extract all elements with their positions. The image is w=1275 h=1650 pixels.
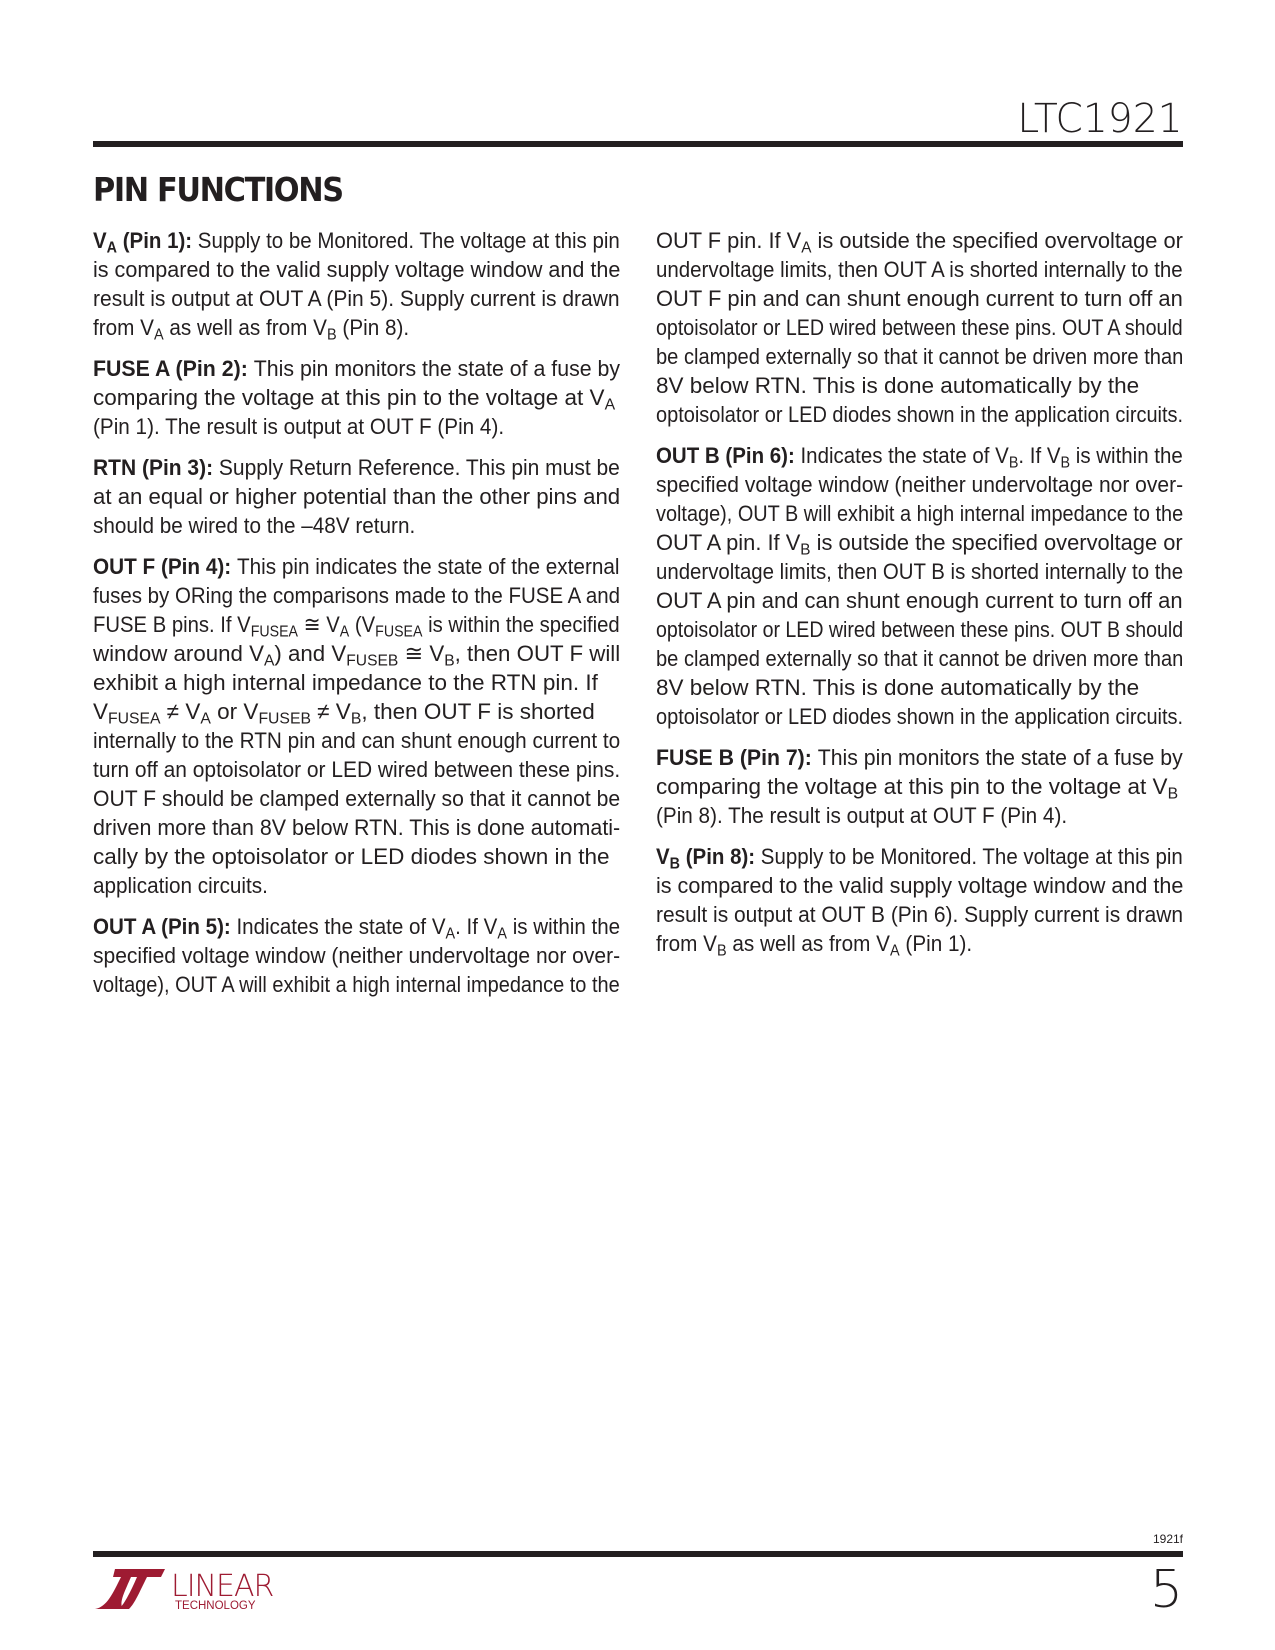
text: undervoltage limits, then OUT A is short… [656, 257, 1183, 282]
text-line: optoisolator or LED wired between these … [656, 313, 1116, 342]
text: from V [93, 315, 154, 340]
text-line: FUSE A (Pin 2): This pin monitors the st… [93, 354, 593, 383]
pin-description-rtn-pin3: RTN (Pin 3): Supply Return Reference. Th… [93, 453, 620, 540]
text: (V [349, 612, 375, 637]
subscript: A [801, 239, 811, 256]
text-line: FUSE B (Pin 7): This pin monitors the st… [656, 743, 1154, 772]
text-line: (Pin 8). The result is output at OUT F (… [656, 801, 1141, 830]
text: This pin monitors the state of a fuse by [254, 356, 620, 381]
text-line: specified voltage window (neither underv… [93, 941, 585, 970]
text: fuses by ORing the comparisons made to t… [93, 583, 620, 608]
text-line: 8V below RTN. This is done automatically… [656, 673, 1183, 702]
text: ) and V [274, 641, 346, 666]
subscript: B [327, 326, 337, 343]
text-line: VB (Pin 8): Supply to be Monitored. The … [656, 842, 1136, 871]
text: is within the [1070, 443, 1183, 468]
text: 8V below RTN. This is done automatically… [656, 675, 1139, 700]
text-line: optoisolator or LED diodes shown in the … [656, 400, 1124, 429]
text-line: voltage), OUT A will exhibit a high inte… [93, 970, 561, 999]
text: voltage), OUT A will exhibit a high inte… [93, 972, 620, 997]
text: from V [656, 931, 717, 956]
text: specified voltage window (neither underv… [93, 943, 620, 968]
section-title: PIN FUNCTIONS [93, 170, 343, 209]
text: as well as from V [164, 315, 327, 340]
text-line: comparing the voltage at this pin to the… [656, 772, 1183, 801]
text: optoisolator or LED wired between these … [656, 617, 1183, 642]
text: comparing the voltage at this pin to the… [93, 385, 605, 410]
pin-description-outa-pin5: OUT A (Pin 5): Indicates the state of VA… [93, 912, 620, 999]
pin-term: (Pin 1): [117, 228, 198, 253]
page-number: 5 [1150, 1560, 1183, 1620]
text: Indicates the state of V [800, 443, 1008, 468]
subscript: B [800, 541, 810, 558]
text-line: undervoltage limits, then OUT A is short… [656, 255, 1136, 284]
pin-description-va-pin1: VA (Pin 1): Supply to be Monitored. The … [93, 226, 620, 342]
subscript: A [446, 925, 456, 942]
text: is compared to the valid supply voltage … [93, 257, 620, 282]
document-code: 1921f [1153, 1532, 1183, 1546]
text: OUT A pin. If V [656, 530, 800, 555]
text-line: application circuits. [93, 871, 578, 900]
text-line: from VA as well as from VB (Pin 8). [93, 313, 578, 342]
subscript: B [1168, 785, 1179, 802]
text-line: FUSE B pins. If VFUSEA ≅ VA (VFUSEA is w… [93, 610, 568, 639]
text-line: OUT F should be clamped externally so th… [93, 784, 588, 813]
text: optoisolator or LED diodes shown in the … [656, 704, 1183, 729]
text-line: is compared to the valid supply voltage … [93, 255, 598, 284]
pin-description-outb-pin6: OUT B (Pin 6): Indicates the state of VB… [656, 441, 1183, 731]
text: Supply to be Monitored. The voltage at t… [198, 228, 620, 253]
subscript: FUSEA [108, 710, 161, 727]
linear-technology-logo-icon: LINEAR TECHNOLOGY [93, 1563, 273, 1619]
text: turn off an optoisolator or LED wired be… [93, 757, 620, 782]
text: optoisolator or LED wired between these … [656, 315, 1183, 340]
pin-term: OUT A (Pin 5): [93, 914, 236, 939]
text: 8V below RTN. This is done automatically… [656, 373, 1139, 398]
text: is within the specified [422, 612, 619, 637]
pin-term: FUSE B (Pin 7): [656, 745, 818, 770]
subscript: B [717, 942, 727, 959]
text-line: VFUSEA ≠ VA or VFUSEB ≠ VB, then OUT F i… [93, 697, 620, 726]
subscript: B [444, 652, 454, 669]
text: as well as from V [727, 931, 890, 956]
footer-rule [93, 1551, 1183, 1557]
text-line: OUT F pin and can shunt enough current t… [656, 284, 1169, 313]
text-line: window around VA) and VFUSEB ≅ VB, then … [93, 639, 615, 668]
text: cally by the optoisolator or LED diodes … [93, 844, 610, 869]
subscript: B [1061, 454, 1071, 471]
text-line: optoisolator or LED diodes shown in the … [656, 702, 1124, 731]
pin-description-outa-pin5-cont: OUT F pin. If VA is outside the specifie… [656, 226, 1183, 429]
text: OUT F pin and can shunt enough current t… [656, 286, 1183, 311]
subscript: A [497, 925, 507, 942]
text: internally to the RTN pin and can shunt … [93, 728, 620, 753]
text-line: RTN (Pin 3): Supply Return Reference. Th… [93, 453, 585, 482]
text-line: from VB as well as from VA (Pin 1). [656, 929, 1141, 958]
left-column: VA (Pin 1): Supply to be Monitored. The … [93, 226, 620, 1011]
text-line: fuses by ORing the comparisons made to t… [93, 581, 573, 610]
text: (Pin 1). The result is output at OUT F (… [93, 414, 504, 439]
subscript: B [351, 710, 362, 727]
pin-term: (Pin 8): [680, 844, 761, 869]
subscript: A [605, 396, 616, 413]
pin-description-vb-pin8: VB (Pin 8): Supply to be Monitored. The … [656, 842, 1183, 958]
subscript: A [264, 652, 274, 669]
text: (Pin 1). [900, 931, 972, 956]
text-line: voltage), OUT B will exhibit a high inte… [656, 499, 1122, 528]
pin-term: OUT F (Pin 4): [93, 554, 237, 579]
text-line: VA (Pin 1): Supply to be Monitored. The … [93, 226, 573, 255]
text-line: be clamped externally so that it cannot … [656, 644, 1127, 673]
text: . If V [455, 914, 497, 939]
text: This pin indicates the state of the exte… [237, 554, 620, 579]
text: ≅ V [398, 641, 444, 666]
text: is outside the specified overvoltage or [811, 530, 1183, 555]
text: ≠ V [311, 699, 351, 724]
subscript: A [154, 326, 164, 343]
text: be clamped externally so that it cannot … [656, 344, 1183, 369]
text: is within the [507, 914, 620, 939]
text-line: optoisolator or LED wired between these … [656, 615, 1114, 644]
text-line: turn off an optoisolator or LED wired be… [93, 755, 584, 784]
text-line: exhibit a high internal impedance to the… [93, 668, 620, 697]
text-line: (Pin 1). The result is output at OUT F (… [93, 412, 578, 441]
text-line: comparing the voltage at this pin to the… [93, 383, 620, 412]
text-line: undervoltage limits, then OUT B is short… [656, 557, 1134, 586]
text: , then OUT F will [455, 641, 621, 666]
pin-term: V [93, 228, 107, 253]
pin-term-subscript: A [107, 239, 117, 256]
text-line: OUT B (Pin 6): Indicates the state of VB… [656, 441, 1136, 470]
header-rule [93, 141, 1183, 147]
text: driven more than 8V below RTN. This is d… [93, 815, 620, 840]
subscript: FUSEA [375, 623, 422, 640]
text: exhibit a high internal impedance to the… [93, 670, 598, 695]
text: (Pin 8). [337, 315, 409, 340]
part-number: LTC1921 [1018, 96, 1183, 142]
subscript: B [1009, 454, 1019, 471]
text: is compared to the valid supply voltage … [656, 873, 1183, 898]
text: comparing the voltage at this pin to the… [656, 774, 1168, 799]
text: optoisolator or LED diodes shown in the … [656, 402, 1183, 427]
pin-term: OUT B (Pin 6): [656, 443, 800, 468]
text: , then OUT F is shorted [361, 699, 594, 724]
text-line: should be wired to the –48V return. [93, 511, 578, 540]
text-line: OUT A (Pin 5): Indicates the state of VA… [93, 912, 574, 941]
text-line: specified voltage window (neither underv… [656, 470, 1148, 499]
text: Indicates the state of V [236, 914, 445, 939]
text: Supply Return Reference. This pin must b… [219, 455, 620, 480]
text: or V [211, 699, 259, 724]
text: OUT F should be clamped externally so th… [93, 786, 620, 811]
pin-description-outf-pin4: OUT F (Pin 4): This pin indicates the st… [93, 552, 620, 900]
text: V [93, 699, 108, 724]
text: FUSE B pins. If V [93, 612, 251, 637]
pin-term: RTN (Pin 3): [93, 455, 219, 480]
text: window around V [93, 641, 264, 666]
text: application circuits. [93, 873, 268, 898]
text-line: OUT A pin. If VB is outside the specifie… [656, 528, 1168, 557]
text: ≠ V [161, 699, 201, 724]
pin-description-fuseb-pin7: FUSE B (Pin 7): This pin monitors the st… [656, 743, 1183, 830]
text: . If V [1018, 443, 1060, 468]
text-line: 8V below RTN. This is done automatically… [656, 371, 1183, 400]
text: should be wired to the –48V return. [93, 513, 415, 538]
text: (Pin 8). The result is output at OUT F (… [656, 803, 1067, 828]
subscript: A [200, 710, 211, 727]
subscript: A [890, 942, 900, 959]
text: voltage), OUT B will exhibit a high inte… [656, 501, 1183, 526]
text: undervoltage limits, then OUT B is short… [656, 559, 1183, 584]
text-line: result is output at OUT B (Pin 6). Suppl… [656, 900, 1147, 929]
text-line: OUT F (Pin 4): This pin indicates the st… [93, 552, 579, 581]
text-line: OUT A pin and can shunt enough current t… [656, 586, 1170, 615]
text: be clamped externally so that it cannot … [656, 646, 1183, 671]
text-line: be clamped externally so that it cannot … [656, 342, 1127, 371]
text: result is output at OUT B (Pin 6). Suppl… [656, 902, 1183, 927]
text-line: driven more than 8V below RTN. This is d… [93, 813, 595, 842]
right-column: OUT F pin. If VA is outside the specifie… [656, 226, 1183, 970]
text-line: internally to the RTN pin and can shunt … [93, 726, 579, 755]
pin-term: V [656, 844, 670, 869]
text: at an equal or higher potential than the… [93, 484, 620, 509]
text-line: result is output at OUT A (Pin 5). Suppl… [93, 284, 585, 313]
text-line: at an equal or higher potential than the… [93, 482, 613, 511]
text: OUT F pin. If V [656, 228, 801, 253]
svg-text:TECHNOLOGY: TECHNOLOGY [175, 1600, 256, 1612]
subscript: FUSEA [251, 623, 298, 640]
text: result is output at OUT A (Pin 5). Suppl… [93, 286, 620, 311]
pin-term-subscript: B [670, 855, 680, 872]
subscript: FUSEB [258, 710, 311, 727]
text: OUT A pin and can shunt enough current t… [656, 588, 1183, 613]
text-line: cally by the optoisolator or LED diodes … [93, 842, 620, 871]
pin-term: FUSE A (Pin 2): [93, 356, 254, 381]
text: specified voltage window (neither underv… [656, 472, 1183, 497]
pin-description-fusea-pin2: FUSE A (Pin 2): This pin monitors the st… [93, 354, 620, 441]
text: is outside the specified overvoltage or [811, 228, 1182, 253]
text: Supply to be Monitored. The voltage at t… [761, 844, 1183, 869]
text: This pin monitors the state of a fuse by [818, 745, 1183, 770]
text-line: is compared to the valid supply voltage … [656, 871, 1161, 900]
text-line: OUT F pin. If VA is outside the specifie… [656, 226, 1167, 255]
text: ≅ V [298, 612, 340, 637]
subscript: FUSEB [346, 652, 398, 669]
svg-text:LINEAR: LINEAR [171, 1569, 273, 1604]
